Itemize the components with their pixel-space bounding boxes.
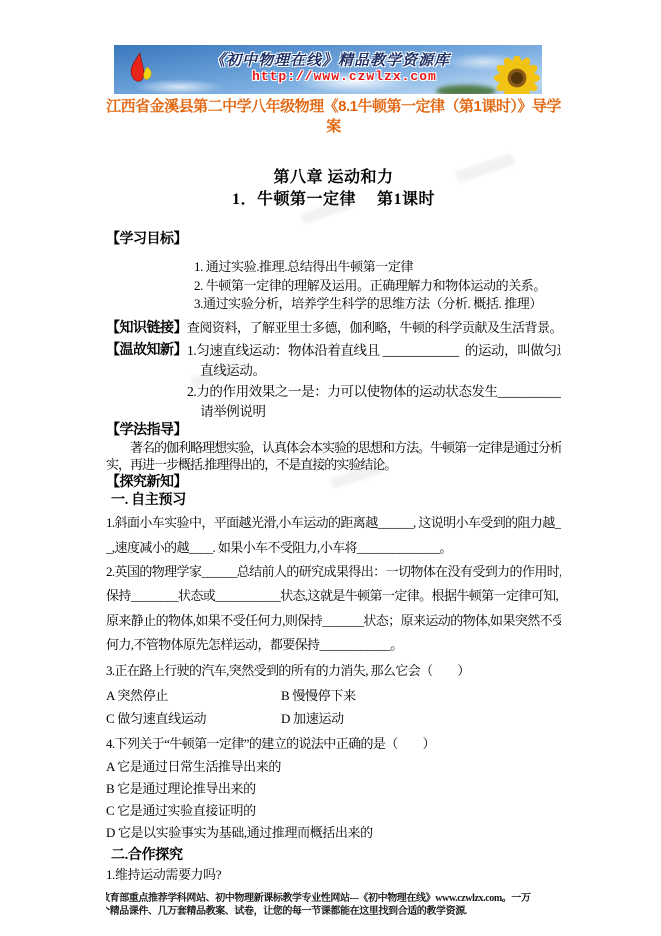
section-knowledge-row: 【知识链接】查阅资料，了解亚里士多德，伽利略，牛顿的科学贡献及生活背景。 — [106, 319, 561, 337]
section-knowledge-label: 【知识链接】 — [106, 321, 187, 336]
part1-heading: 一. 自主预习 — [106, 493, 561, 509]
goals-list: 1. 通过实验.推理.总结得出牛顿第一定律 2. 牛顿第一定律的理解及运用。正确… — [106, 258, 561, 314]
document-title: 江西省金溪县第二中学八年级物理《8.1牛顿第一定律（第1课时）》导学案 — [106, 97, 561, 137]
page-footer: 教育部重点推荐学科网站、初中物理新课标教学专业性网站---《初中物理在线》www… — [106, 892, 561, 919]
site-banner: 《初中物理在线》精品教学资源库 http://www.czwlzx.com — [114, 45, 542, 94]
guide-paragraph: 著名的伽利略理想实验，认真体会本实验的思想和方法。牛顿第一定律是通过分析事 实，… — [106, 439, 561, 474]
part2-heading: 二.合作探究 — [106, 846, 561, 865]
q3-option-c: C 做匀速直线运动 — [106, 707, 281, 730]
question-3-options: A 突然停止 B 慢慢停下来 C 做匀速直线运动 D 加速运动 — [106, 684, 561, 730]
sunflower-icon — [494, 56, 540, 94]
banner-site-url-link[interactable]: http://www.czwlzx.com — [252, 69, 437, 84]
q3-option-b: B 慢慢停下来 — [281, 684, 561, 707]
banner-site-title: 《初中物理在线》精品教学资源库 — [210, 49, 540, 70]
question-3: 3.正在路上行驶的汽车,突然受到的所有的力消失, 那么它会（ ） — [106, 658, 561, 683]
q3-option-d: D 加速运动 — [281, 707, 561, 730]
question-2: 2.英国的物理学家______总结前人的研究成果得出：一切物体在没有受到力的作用… — [106, 560, 561, 658]
q3-option-a: A 突然停止 — [106, 684, 281, 707]
part2-question-1: 1.维持运动需要力吗? — [106, 865, 561, 885]
section-review-label: 【温故知新】 — [106, 341, 187, 362]
section-review-row: 【温故知新】 1.匀速直线运动：物体沿着直线且 ____________ 的运动… — [106, 341, 561, 423]
question-4-options: A 它是通过日常生活推导出来的 B 它是通过理论推导出来的 C 它是通过实验直接… — [106, 756, 561, 844]
foliage-decoration — [436, 85, 496, 94]
question-1: 1.斜面小车实验中，平面越光滑,小车运动的距离越______, 这说明小车受到的… — [106, 510, 561, 560]
flame-logo-icon — [124, 50, 158, 88]
section-guide-label: 【学法指导】 — [106, 423, 561, 439]
review-content: 1.匀速直线运动：物体沿着直线且 ____________ 的运动，叫做匀速 直… — [187, 341, 561, 423]
question-4: 4.下列关于“牛顿第一定律”的建立的说法中正确的是（ ） — [106, 731, 561, 756]
knowledge-text: 查阅资料，了解亚里士多德，伽利略，牛顿的科学贡献及生活背景。 — [187, 320, 561, 335]
section-goals-label: 【学习目标】 — [106, 232, 561, 248]
